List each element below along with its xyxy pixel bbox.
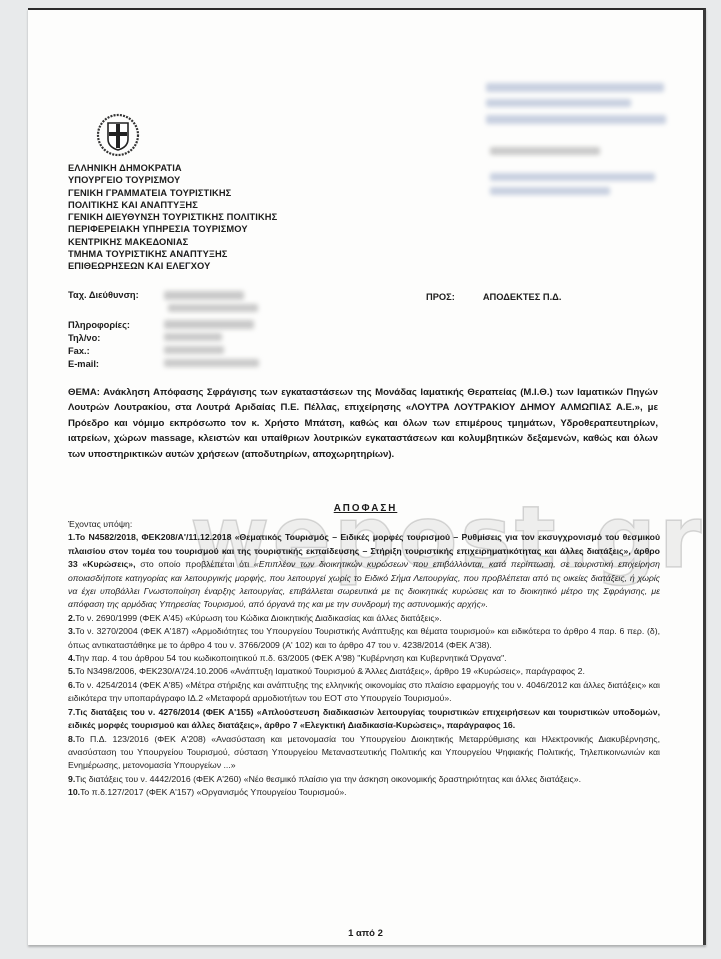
item-normal: Την παρ. 4 του άρθρου 54 του κωδικοποιητ… bbox=[75, 653, 506, 663]
subject-paragraph: ΘΕΜΑ: Ανάκληση Απόφασης Σφράγισης των εγ… bbox=[68, 385, 658, 462]
address-label: Ταχ. Διεύθυνση: bbox=[68, 290, 139, 300]
greek-coat-of-arms-icon bbox=[96, 113, 140, 157]
fax-label: Fax.: bbox=[68, 346, 90, 356]
legal-basis-item: 5.Το Ν3498/2006, ΦΕΚ230/Α'/24.10.2006 «Α… bbox=[68, 665, 660, 678]
recipient-line: ΠΡΟΣ:ΑΠΟΔΕΚΤΕΣ Π.Δ. bbox=[426, 292, 561, 302]
legal-basis-item: 9.Τις διατάξεις του ν. 4442/2016 (ΦΕΚ Α'… bbox=[68, 773, 660, 786]
info-label: Πληροφορίες: bbox=[68, 320, 130, 330]
legal-basis-list: 1.Το Ν4582/2018, ΦΕΚ208/Α'/11.12.2018 «Θ… bbox=[68, 531, 660, 799]
recipient-label: ΠΡΟΣ: bbox=[426, 292, 455, 302]
item-normal: Το Ν3498/2006, ΦΕΚ230/Α'/24.10.2006 «Ανά… bbox=[75, 666, 585, 676]
legal-basis-item: 10.Το π.δ.127/2017 (ΦΕΚ Α'157) «Οργανισμ… bbox=[68, 786, 660, 799]
legal-basis-item: 3.Το ν. 3270/2004 (ΦΕΚ Α'187) «Αρμοδιότη… bbox=[68, 625, 660, 652]
document-page: ΕΛΛΗΝΙΚΗ ΔΗΜΟΚΡΑΤΙΑ ΥΠΟΥΡΓΕΙΟ ΤΟΥΡΙΣΜΟΥ … bbox=[28, 8, 706, 945]
item-normal: στο οποίο προβλέπεται ότι bbox=[136, 559, 254, 569]
item-normal: Το ν. 4254/2014 (ΦΕΚ Α'85) «Μέτρα στήριξ… bbox=[68, 680, 660, 703]
item-num: 10. bbox=[68, 787, 80, 797]
org-line: ΤΜΗΜΑ ΤΟΥΡΙΣΤΙΚΗΣ ΑΝΑΠΤΥΞΗΣ bbox=[68, 248, 277, 260]
legal-basis-item: 7.Τις διατάξεις του ν. 4276/2014 (ΦΕΚ Α'… bbox=[68, 706, 660, 733]
decision-title: ΑΠΟΦΑΣΗ bbox=[28, 503, 703, 514]
legal-basis-item: 4.Την παρ. 4 του άρθρου 54 του κωδικοποι… bbox=[68, 652, 660, 665]
item-bold: Τις διατάξεις του ν. 4276/2014 (ΦΕΚ Α'15… bbox=[68, 707, 660, 730]
item-normal: Τις διατάξεις του ν. 4442/2016 (ΦΕΚ Α'26… bbox=[75, 774, 581, 784]
item-normal: Το ν. 3270/2004 (ΦΕΚ Α'187) «Αρμοδιότητε… bbox=[68, 626, 660, 649]
recipient-value: ΑΠΟΔΕΚΤΕΣ Π.Δ. bbox=[483, 292, 562, 302]
intro-line: Έχοντας υπόψη: bbox=[68, 518, 660, 531]
page-number: 1 από 2 bbox=[28, 928, 703, 939]
item-normal: Το π.δ.127/2017 (ΦΕΚ Α'157) «Οργανισμός … bbox=[80, 787, 347, 797]
org-line: ΠΕΡΙΦΕΡΕΙΑΚΗ ΥΠΗΡΕΣΙΑ ΤΟΥΡΙΣΜΟΥ bbox=[68, 223, 277, 235]
org-line: ΓΕΝΙΚΗ ΓΡΑΜΜΑΤΕΙΑ ΤΟΥΡΙΣΤΙΚΗΣ bbox=[68, 187, 277, 199]
org-line: ΚΕΝΤΡΙΚΗΣ ΜΑΚΕΔΟΝΙΑΣ bbox=[68, 236, 277, 248]
org-line: ΥΠΟΥΡΓΕΙΟ ΤΟΥΡΙΣΜΟΥ bbox=[68, 174, 277, 186]
legal-basis-item: 6.Το ν. 4254/2014 (ΦΕΚ Α'85) «Μέτρα στήρ… bbox=[68, 679, 660, 706]
issuing-authority-header: ΕΛΛΗΝΙΚΗ ΔΗΜΟΚΡΑΤΙΑ ΥΠΟΥΡΓΕΙΟ ΤΟΥΡΙΣΜΟΥ … bbox=[68, 162, 277, 273]
decision-body: Έχοντας υπόψη: 1.Το Ν4582/2018, ΦΕΚ208/Α… bbox=[68, 518, 660, 800]
org-line: ΕΛΛΗΝΙΚΗ ΔΗΜΟΚΡΑΤΙΑ bbox=[68, 162, 277, 174]
item-normal: Το Π.Δ. 123/2016 (ΦΕΚ Α'208) «Ανασύσταση… bbox=[68, 734, 660, 771]
legal-basis-item: 1.Το Ν4582/2018, ΦΕΚ208/Α'/11.12.2018 «Θ… bbox=[68, 531, 660, 611]
item-normal: Το ν. 2690/1999 (ΦΕΚ Α'45) «Κύρωση του Κ… bbox=[75, 613, 442, 623]
phone-label: Τηλ/νο: bbox=[68, 333, 100, 343]
org-line: ΠΟΛΙΤΙΚΗΣ ΚΑΙ ΑΝΑΠΤΥΞΗΣ bbox=[68, 199, 277, 211]
email-label: E-mail: bbox=[68, 359, 99, 369]
legal-basis-item: 2.Το ν. 2690/1999 (ΦΕΚ Α'45) «Κύρωση του… bbox=[68, 612, 660, 625]
legal-basis-item: 8.Το Π.Δ. 123/2016 (ΦΕΚ Α'208) «Ανασύστα… bbox=[68, 733, 660, 773]
org-line: ΓΕΝΙΚΗ ΔΙΕΥΘΥΝΣΗ ΤΟΥΡΙΣΤΙΚΗΣ ΠΟΛΙΤΙΚΗΣ bbox=[68, 211, 277, 223]
org-line: ΕΠΙΘΕΩΡΗΣΕΩΝ ΚΑΙ ΕΛΕΓΧΟΥ bbox=[68, 260, 277, 272]
